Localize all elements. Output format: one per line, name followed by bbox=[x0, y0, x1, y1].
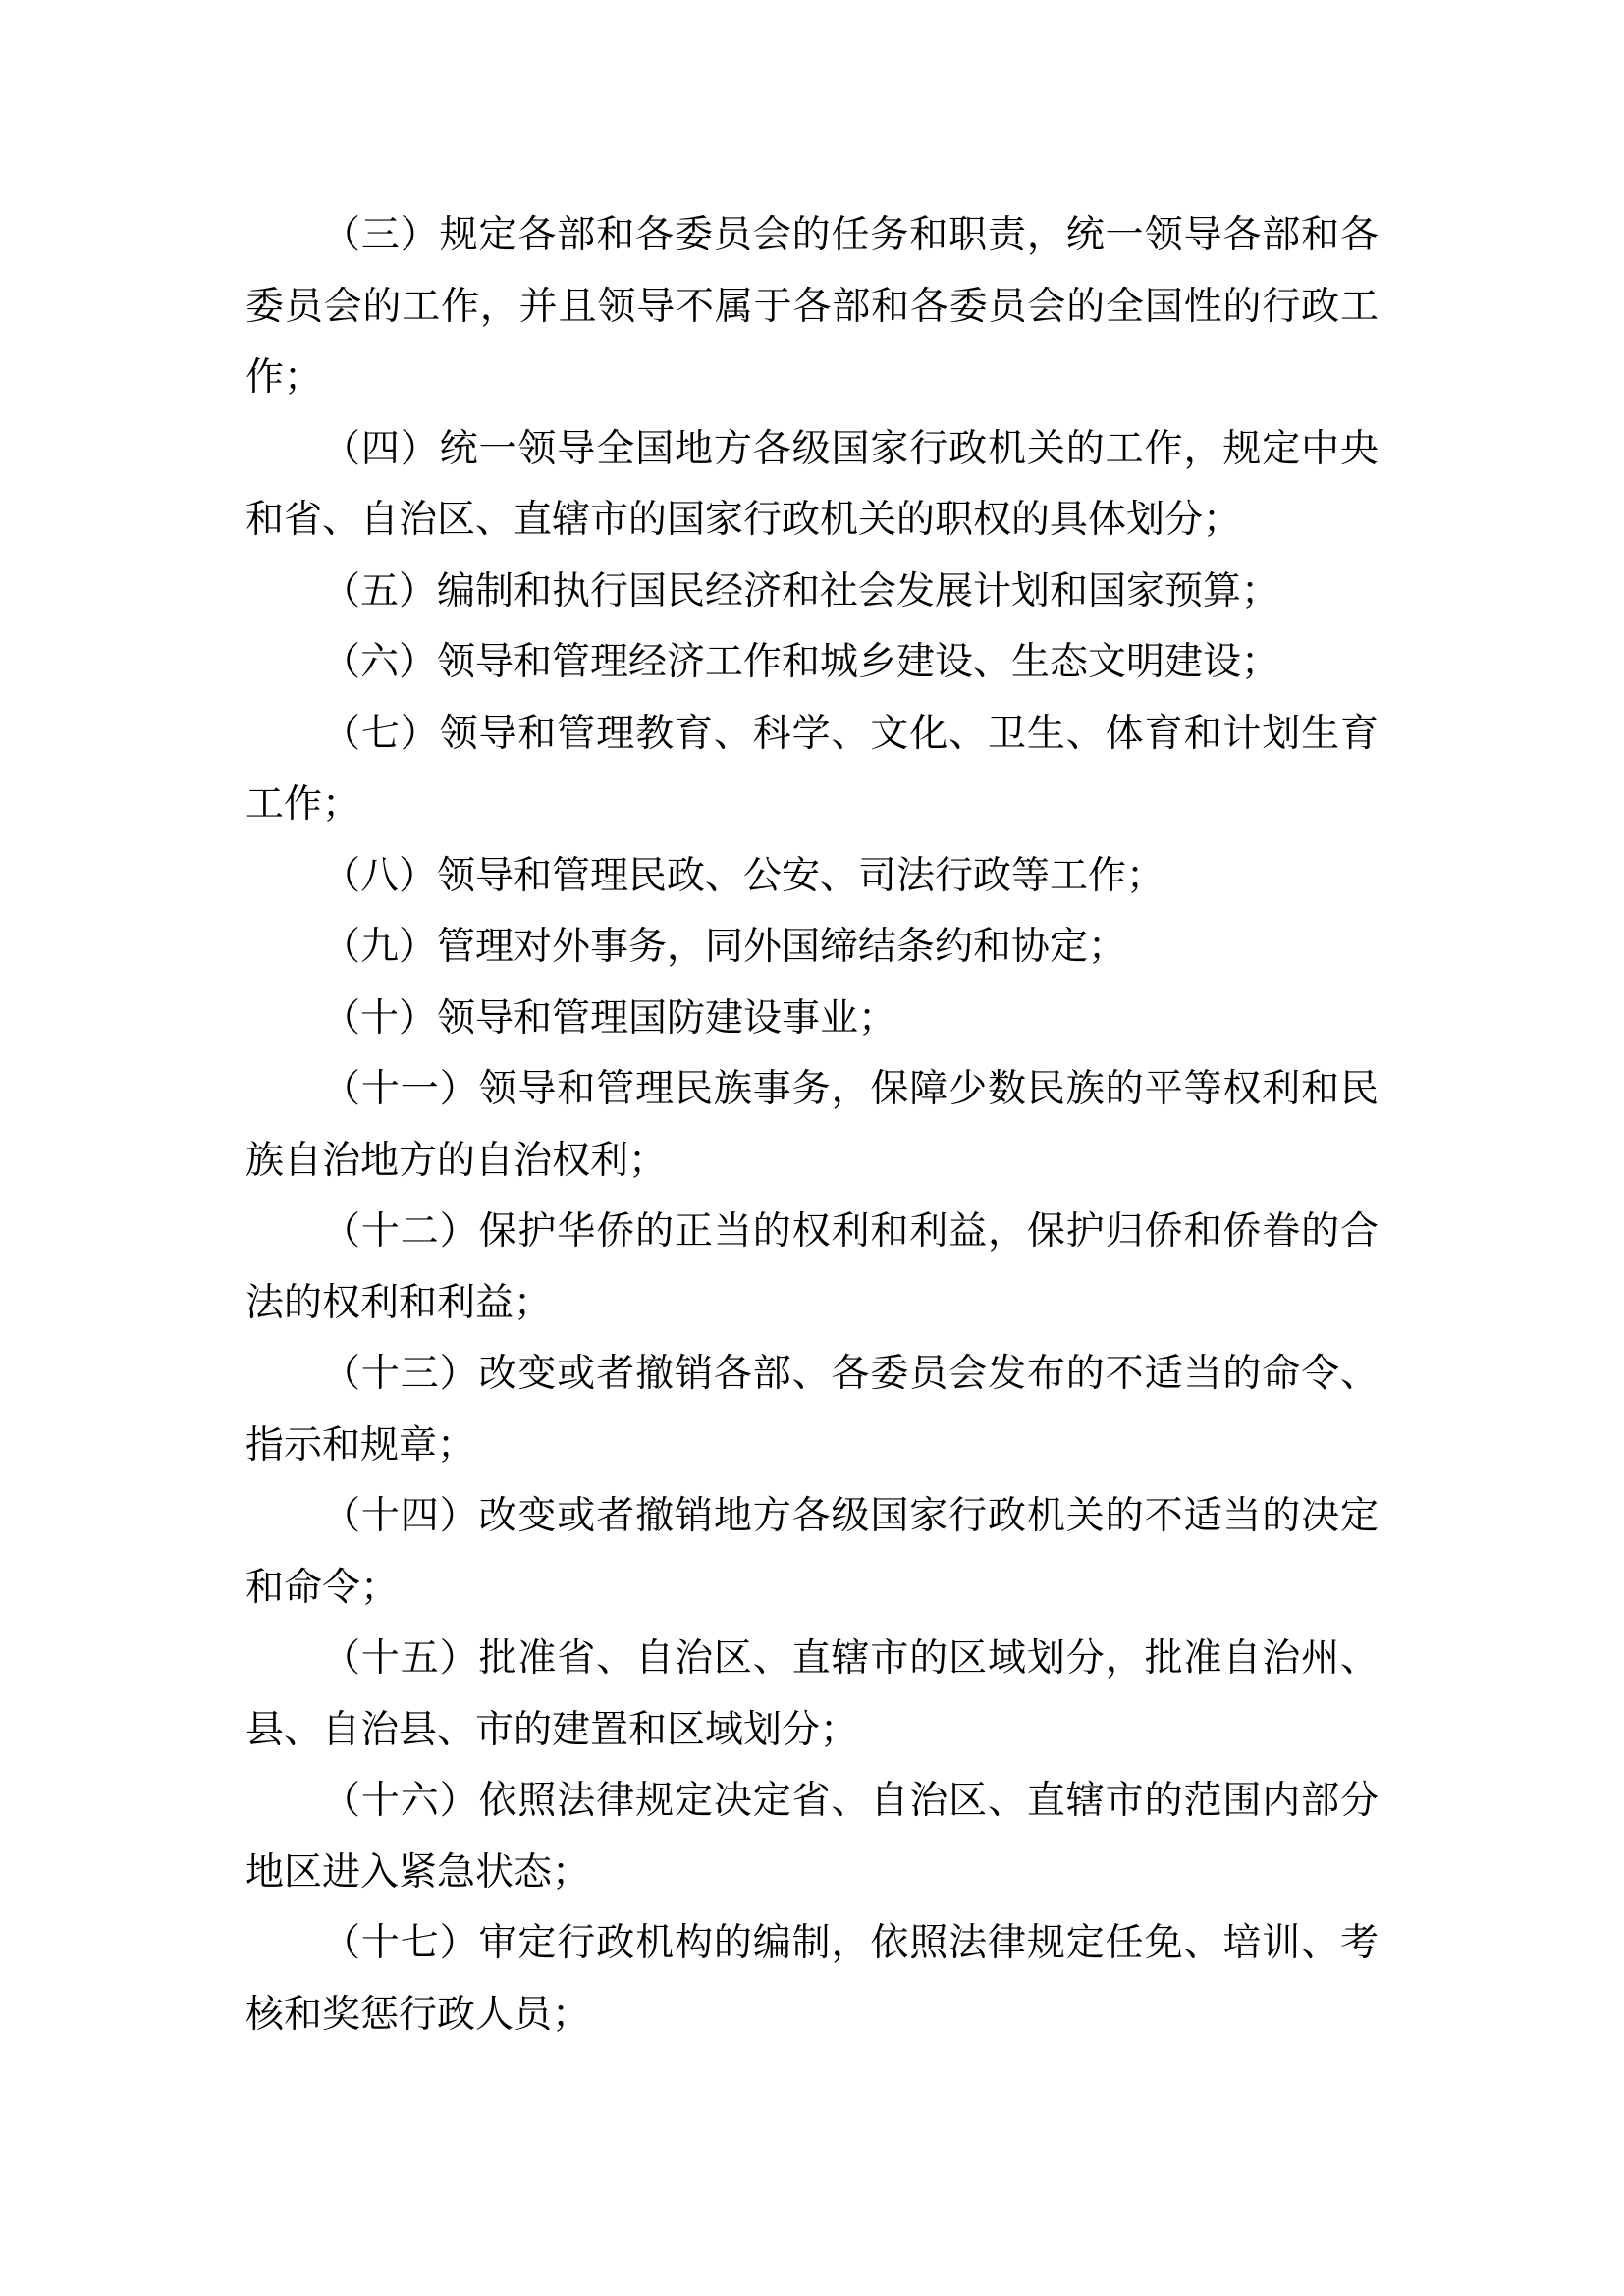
text-line: 作； bbox=[245, 343, 1379, 414]
text-line: （十三）改变或者撤销各部、各委员会发布的不适当的命令、 bbox=[245, 1339, 1379, 1411]
paragraph: （七）领导和管理教育、科学、文化、卫生、体育和计划生育工作； bbox=[245, 699, 1379, 841]
text-line: （七）领导和管理教育、科学、文化、卫生、体育和计划生育 bbox=[245, 699, 1379, 771]
text-line: （十七）审定行政机构的编制，依照法律规定任免、培训、考 bbox=[245, 1908, 1379, 1980]
text-line: （四）统一领导全国地方各级国家行政机关的工作，规定中央 bbox=[245, 414, 1379, 486]
paragraph: （十一）领导和管理民族事务，保障少数民族的平等权利和民族自治地方的自治权利； bbox=[245, 1054, 1379, 1197]
text-line: 县、自治县、市的建置和区域划分； bbox=[245, 1695, 1379, 1767]
paragraph: （八）领导和管理民政、公安、司法行政等工作； bbox=[245, 841, 1379, 913]
text-line: （十四）改变或者撤销地方各级国家行政机关的不适当的决定 bbox=[245, 1481, 1379, 1553]
paragraph: （十）领导和管理国防建设事业； bbox=[245, 984, 1379, 1055]
text-line: （十五）批准省、自治区、直辖市的区域划分，批准自治州、 bbox=[245, 1624, 1379, 1695]
paragraph: （十四）改变或者撤销地方各级国家行政机关的不适当的决定和命令； bbox=[245, 1481, 1379, 1624]
text-line: （十六）依照法律规定决定省、自治区、直辖市的范围内部分 bbox=[245, 1766, 1379, 1838]
text-line: 地区进入紧急状态； bbox=[245, 1838, 1379, 1909]
text-line: （十）领导和管理国防建设事业； bbox=[245, 984, 1379, 1055]
paragraph: （十三）改变或者撤销各部、各委员会发布的不适当的命令、指示和规章； bbox=[245, 1339, 1379, 1481]
text-line: 和命令； bbox=[245, 1553, 1379, 1625]
paragraph: （六）领导和管理经济工作和城乡建设、生态文明建设； bbox=[245, 627, 1379, 699]
text-block: （三）规定各部和各委员会的任务和职责，统一领导各部和各委员会的工作，并且领导不属… bbox=[245, 200, 1379, 2051]
text-line: （十二）保护华侨的正当的权利和利益，保护归侨和侨眷的合 bbox=[245, 1197, 1379, 1268]
paragraph: （四）统一领导全国地方各级国家行政机关的工作，规定中央和省、自治区、直辖市的国家… bbox=[245, 414, 1379, 557]
text-line: 工作； bbox=[245, 770, 1379, 841]
text-line: 核和奖惩行政人员； bbox=[245, 1980, 1379, 2052]
text-line: （八）领导和管理民政、公安、司法行政等工作； bbox=[245, 841, 1379, 913]
text-line: 族自治地方的自治权利； bbox=[245, 1126, 1379, 1198]
text-line: 委员会的工作，并且领导不属于各部和各委员会的全国性的行政工 bbox=[245, 272, 1379, 344]
paragraph: （十二）保护华侨的正当的权利和利益，保护归侨和侨眷的合法的权利和利益； bbox=[245, 1197, 1379, 1339]
text-line: 和省、自治区、直辖市的国家行政机关的职权的具体划分； bbox=[245, 485, 1379, 557]
text-line: （六）领导和管理经济工作和城乡建设、生态文明建设； bbox=[245, 627, 1379, 699]
paragraph: （十七）审定行政机构的编制，依照法律规定任免、培训、考核和奖惩行政人员； bbox=[245, 1908, 1379, 2051]
text-line: （五）编制和执行国民经济和社会发展计划和国家预算； bbox=[245, 557, 1379, 628]
paragraph: （五）编制和执行国民经济和社会发展计划和国家预算； bbox=[245, 557, 1379, 628]
paragraph: （十五）批准省、自治区、直辖市的区域划分，批准自治州、县、自治县、市的建置和区域… bbox=[245, 1624, 1379, 1766]
text-line: 指示和规章； bbox=[245, 1411, 1379, 1482]
text-line: 法的权利和利益； bbox=[245, 1268, 1379, 1340]
paragraph: （十六）依照法律规定决定省、自治区、直辖市的范围内部分地区进入紧急状态； bbox=[245, 1766, 1379, 1908]
text-line: （三）规定各部和各委员会的任务和职责，统一领导各部和各 bbox=[245, 200, 1379, 272]
document-page: （三）规定各部和各委员会的任务和职责，统一领导各部和各委员会的工作，并且领导不属… bbox=[0, 0, 1624, 2296]
text-line: （十一）领导和管理民族事务，保障少数民族的平等权利和民 bbox=[245, 1054, 1379, 1126]
paragraph: （三）规定各部和各委员会的任务和职责，统一领导各部和各委员会的工作，并且领导不属… bbox=[245, 200, 1379, 414]
paragraph: （九）管理对外事务，同外国缔结条约和协定； bbox=[245, 912, 1379, 984]
text-line: （九）管理对外事务，同外国缔结条约和协定； bbox=[245, 912, 1379, 984]
